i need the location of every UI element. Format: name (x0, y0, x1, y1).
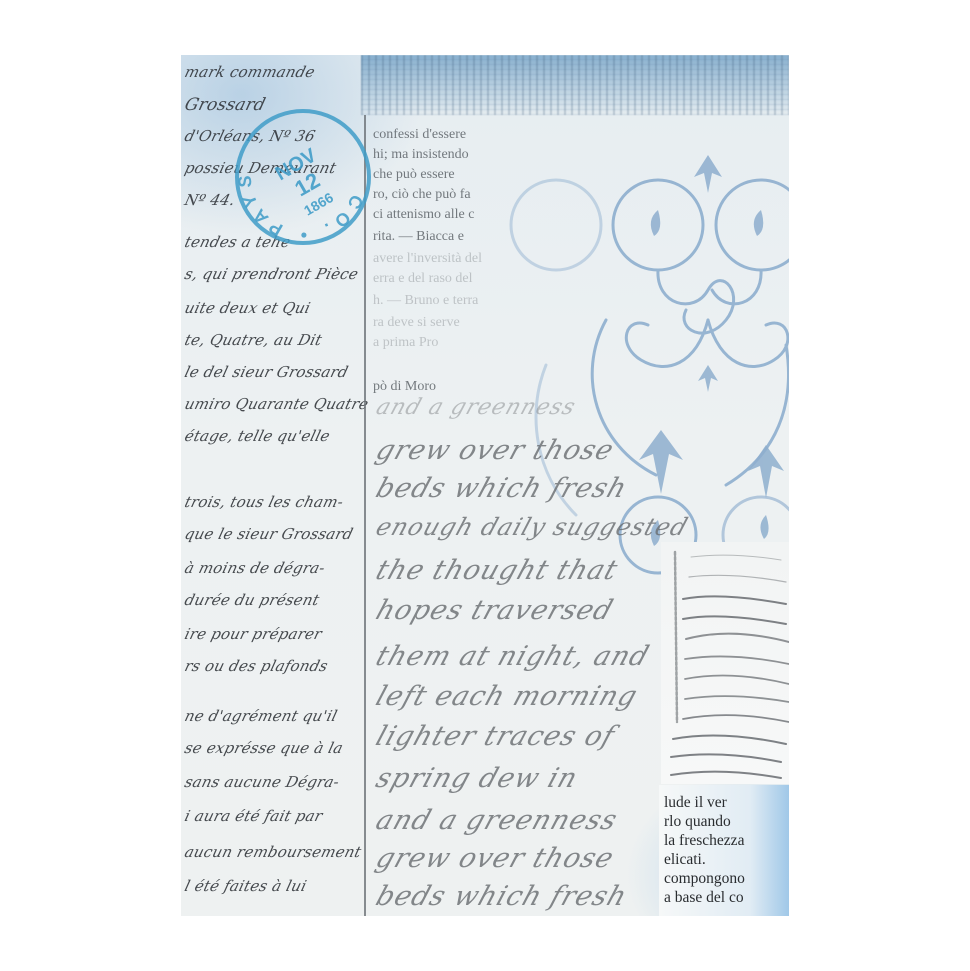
handwritten-line: le del sieur Grossard (183, 363, 350, 381)
script-line: them at night, and (372, 641, 653, 672)
print-line: pò di Moro (373, 379, 436, 395)
fragment-line: lude il ver (659, 793, 789, 812)
handwritten-line: s, qui prendront Pièce (183, 265, 361, 283)
print-line: h. — Bruno e terra (373, 293, 478, 309)
crumpled-paper-strip (661, 542, 789, 784)
print-line: avere l'inversità del (373, 251, 482, 267)
fragment-line: a base del co (659, 888, 789, 907)
print-line: erra e del raso del (373, 271, 473, 287)
handwritten-line: umiro Quarante Quatre (183, 395, 371, 413)
print-line: a prima Pro (373, 335, 438, 351)
damask-ornament (426, 115, 789, 575)
fragment-line: compongono (659, 869, 789, 888)
handwritten-line: rs ou des plafonds (183, 657, 330, 675)
script-line: beds which fresh (372, 881, 631, 912)
handwritten-line: se exprésse que à la (183, 739, 345, 757)
handwritten-line: i aura été fait par (183, 807, 325, 825)
print-line: che può essere (373, 167, 455, 183)
script-line: enough daily suggested (372, 513, 692, 541)
script-line: and a greenness (372, 805, 622, 836)
handwritten-line: mark commande (183, 63, 317, 81)
script-line: beds which fresh (372, 473, 631, 504)
script-line: the thought that (372, 555, 622, 586)
handwritten-line: durée du présent (183, 591, 322, 609)
handwritten-line: que le sieur Grossard (183, 525, 355, 543)
handwritten-line: ne d'agrément qu'il (183, 707, 339, 725)
script-line: hopes traversed (372, 595, 618, 626)
collage-artwork: mark commande Grossard d'Orléans, Nº 36 … (181, 55, 789, 916)
script-line: left each morning (372, 681, 642, 712)
fragment-line: la freschezza (659, 831, 789, 850)
handwritten-line: trois, tous les cham- (183, 493, 346, 511)
handwritten-line: l été faites à lui (183, 877, 309, 895)
handwritten-line: sans aucune Dégra- (183, 773, 342, 791)
postmark-stamp: CO. • PAYS • NOV 12 1866 (233, 107, 373, 247)
fragment-line: rlo quando (659, 812, 789, 831)
fragment-line: elicati. (659, 850, 789, 869)
print-line: ci attenismo alle c (373, 207, 474, 223)
handwritten-line: aucun remboursement (183, 843, 363, 861)
print-line: rita. — Biacca e (373, 229, 464, 245)
handwritten-line: Nº 44. (183, 191, 238, 209)
handwritten-line: uite deux et Qui (183, 299, 313, 317)
script-line: lighter traces of (372, 721, 619, 752)
script-line: grew over those (372, 435, 618, 466)
script-line: spring dew in (372, 763, 582, 794)
print-line: confessi d'essere (373, 127, 466, 143)
script-line: grew over those (372, 843, 618, 874)
handwritten-line: étage, telle qu'elle (183, 427, 332, 445)
handwritten-line: te, Quatre, au Dit (183, 331, 324, 349)
script-line: and a greenness (373, 395, 579, 420)
handwritten-line: ire pour préparer (183, 625, 324, 643)
printed-text-fragment: lude il ver rlo quando la freschezza eli… (659, 785, 789, 916)
print-line: ra deve si serve (373, 315, 460, 331)
print-line: hi; ma insistendo (373, 147, 469, 163)
grunge-texture-strip (361, 55, 789, 115)
print-line: ro, ciò che può fa (373, 187, 471, 203)
handwritten-line: à moins de dégra- (183, 559, 327, 577)
